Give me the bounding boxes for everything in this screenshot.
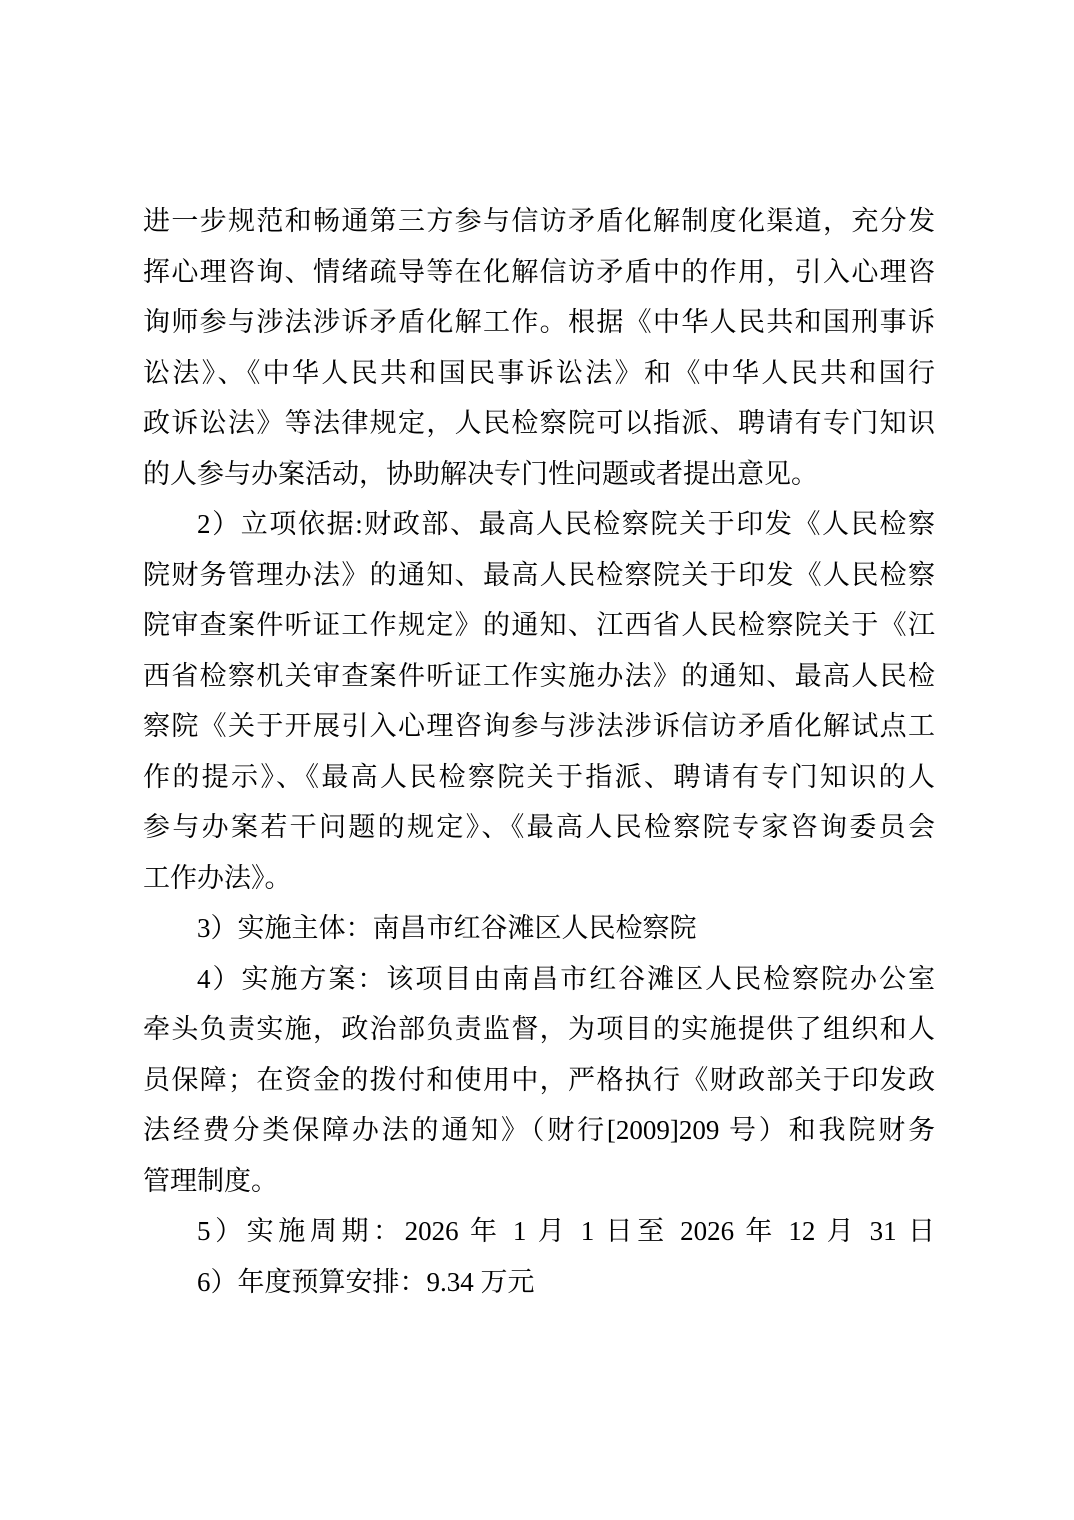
text-line: 院财务管理办法》的通知、最高人民检察院关于印发《人民检察 bbox=[143, 550, 935, 601]
text-line: 参与办案若干问题的规定》、《最高人民检察院专家咨询委员会 bbox=[143, 802, 935, 853]
paragraph-annual-budget: 6）年度预算安排：9.34 万元 bbox=[143, 1257, 935, 1308]
text-line: 6）年度预算安排：9.34 万元 bbox=[143, 1257, 935, 1308]
text-line: 4）实施方案：该项目由南昌市红谷滩区人民检察院办公室 bbox=[143, 954, 935, 1005]
paragraph-project-basis: 2）立项依据:财政部、最高人民检察院关于印发《人民检察 院财务管理办法》的通知、… bbox=[143, 499, 935, 903]
text-line: 牵头负责实施，政治部负责监督，为项目的实施提供了组织和人 bbox=[143, 1004, 935, 1055]
text-line: 法经费分类保障办法的通知》（财行[2009]209 号）和我院财务 bbox=[143, 1105, 935, 1156]
paragraph-implementation-plan: 4）实施方案：该项目由南昌市红谷滩区人民检察院办公室 牵头负责实施，政治部负责监… bbox=[143, 954, 935, 1207]
paragraph-continuation: 进一步规范和畅通第三方参与信访矛盾化解制度化渠道，充分发 挥心理咨询、情绪疏导等… bbox=[143, 196, 935, 499]
text-line: 3）实施主体：南昌市红谷滩区人民检察院 bbox=[143, 903, 935, 954]
text-line: 管理制度。 bbox=[143, 1156, 935, 1207]
text-line: 院审查案件听证工作规定》的通知、江西省人民检察院关于《江 bbox=[143, 600, 935, 651]
text-line: 察院《关于开展引入心理咨询参与涉法涉诉信访矛盾化解试点工 bbox=[143, 701, 935, 752]
text-line: 工作办法》。 bbox=[143, 853, 935, 904]
paragraph-implementing-body: 3）实施主体：南昌市红谷滩区人民检察院 bbox=[143, 903, 935, 954]
text-line: 2）立项依据:财政部、最高人民检察院关于印发《人民检察 bbox=[143, 499, 935, 550]
document-page: 进一步规范和畅通第三方参与信访矛盾化解制度化渠道，充分发 挥心理咨询、情绪疏导等… bbox=[0, 0, 1074, 1520]
document-body: 进一步规范和畅通第三方参与信访矛盾化解制度化渠道，充分发 挥心理咨询、情绪疏导等… bbox=[143, 196, 935, 1307]
text-line: 进一步规范和畅通第三方参与信访矛盾化解制度化渠道，充分发 bbox=[143, 196, 935, 247]
text-line: 5）实施周期：2026 年 1 月 1 日至 2026 年 12 月 31 日 bbox=[143, 1206, 935, 1257]
text-line: 作的提示》、《最高人民检察院关于指派、聘请有专门知识的人 bbox=[143, 752, 935, 803]
paragraph-implementation-period: 5）实施周期：2026 年 1 月 1 日至 2026 年 12 月 31 日 bbox=[143, 1206, 935, 1257]
text-line: 西省检察机关审查案件听证工作实施办法》的通知、最高人民检 bbox=[143, 651, 935, 702]
text-line: 挥心理咨询、情绪疏导等在化解信访矛盾中的作用，引入心理咨 bbox=[143, 247, 935, 298]
text-line: 讼法》、《中华人民共和国民事诉讼法》和《中华人民共和国行 bbox=[143, 348, 935, 399]
text-line: 询师参与涉法涉诉矛盾化解工作。根据《中华人民共和国刑事诉 bbox=[143, 297, 935, 348]
text-line: 政诉讼法》等法律规定，人民检察院可以指派、聘请有专门知识 bbox=[143, 398, 935, 449]
text-line: 的人参与办案活动，协助解决专门性问题或者提出意见。 bbox=[143, 449, 935, 500]
text-line: 员保障；在资金的拨付和使用中，严格执行《财政部关于印发政 bbox=[143, 1055, 935, 1106]
